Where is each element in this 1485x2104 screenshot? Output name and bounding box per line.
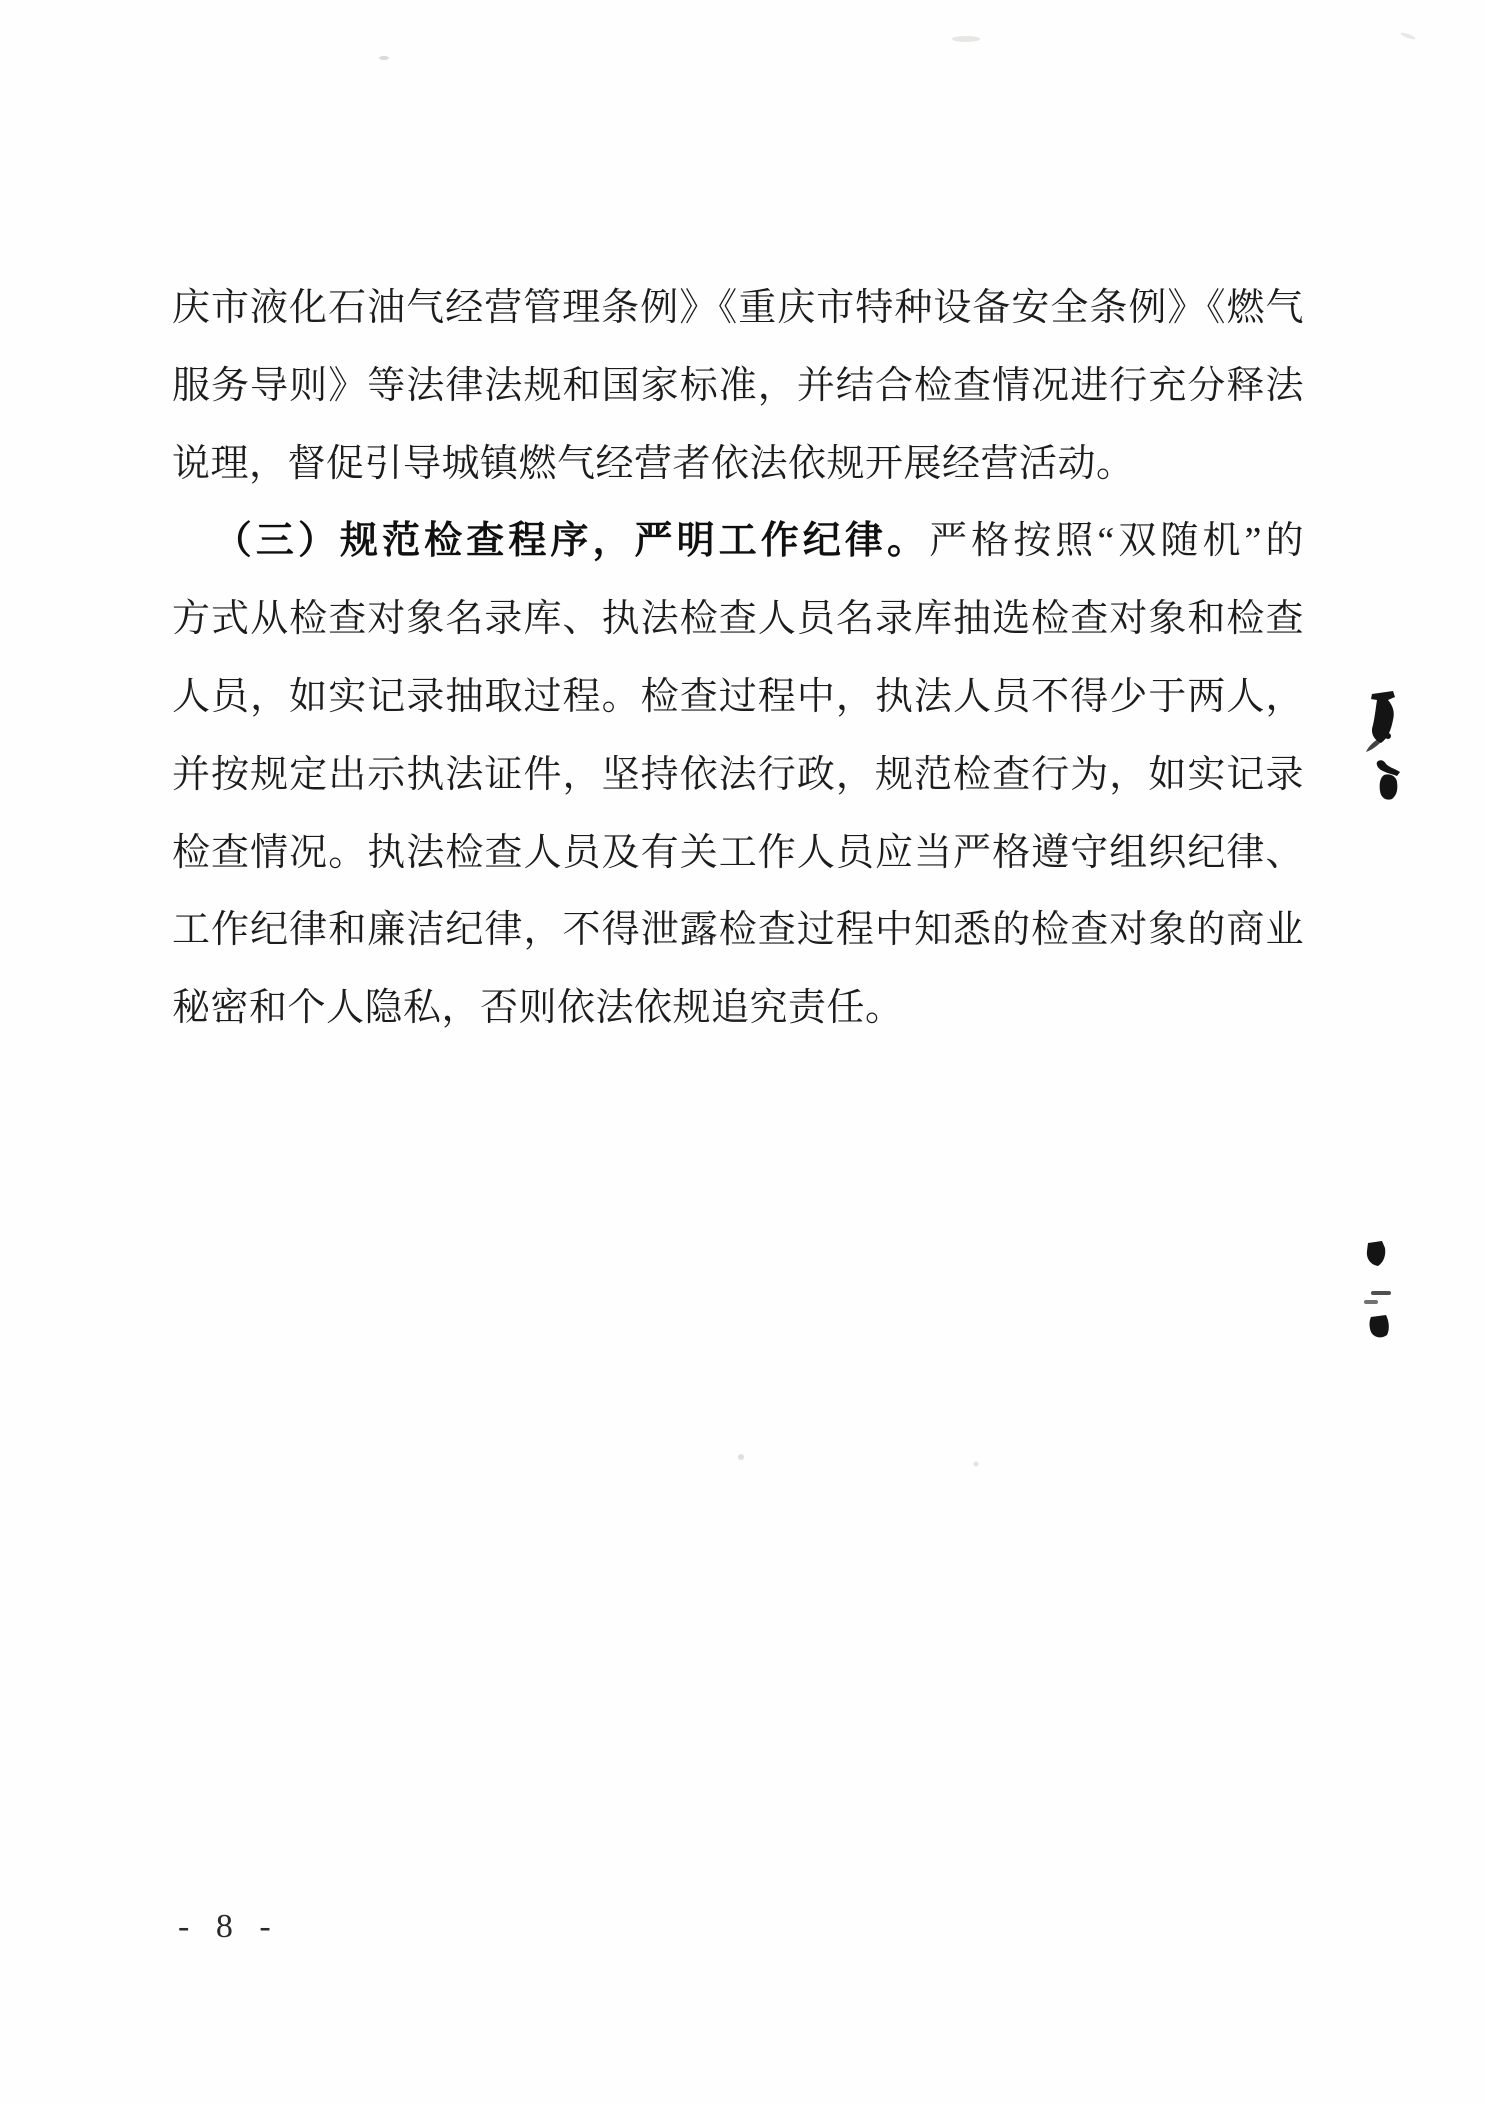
- text-line-rest: 严格按照“双随机”的: [929, 520, 1304, 562]
- text-line: 并按规定出示执法证件，坚持依法行政，规范检查行为，如实记录: [172, 737, 1304, 815]
- text-line: 人员，如实记录抽取过程。检查过程中，执法人员不得少于两人，: [172, 659, 1304, 737]
- text-line: 工作纪律和廉洁纪律，不得泄露检查过程中知悉的检查对象的商业: [172, 892, 1304, 970]
- text-line: 庆市液化石油气经营管理条例》《重庆市特种设备安全条例》《燃气: [172, 270, 1304, 348]
- text-line: （三）规范检查程序，严明工作纪律。严格按照“双随机”的: [172, 503, 1304, 581]
- body-text: 庆市液化石油气经营管理条例》《重庆市特种设备安全条例》《燃气 服务导则》等法律法…: [172, 270, 1304, 1048]
- ink-smudge-cluster-1: [1366, 691, 1400, 800]
- text-line: 说理，督促引导城镇燃气经营者依法依规开展经营活动。: [172, 426, 1304, 504]
- text-line: 方式从检查对象名录库、执法检查人员名录库抽选检查对象和检查: [172, 581, 1304, 659]
- scanned-document-page: 庆市液化石油气经营管理条例》《重庆市特种设备安全条例》《燃气 服务导则》等法律法…: [0, 0, 1485, 2104]
- ink-smudge-cluster-2: [1364, 1241, 1391, 1337]
- page-number: - 8 -: [178, 1908, 280, 1946]
- text-line: 服务导则》等法律法规和国家标准，并结合检查情况进行充分释法: [172, 348, 1304, 426]
- paragraph-heading: （三）规范检查程序，严明工作纪律。: [214, 520, 929, 562]
- text-line: 秘密和个人隐私，否则依法依规追究责任。: [172, 970, 1304, 1048]
- text-line: 检查情况。执法检查人员及有关工作人员应当严格遵守组织纪律、: [172, 815, 1304, 893]
